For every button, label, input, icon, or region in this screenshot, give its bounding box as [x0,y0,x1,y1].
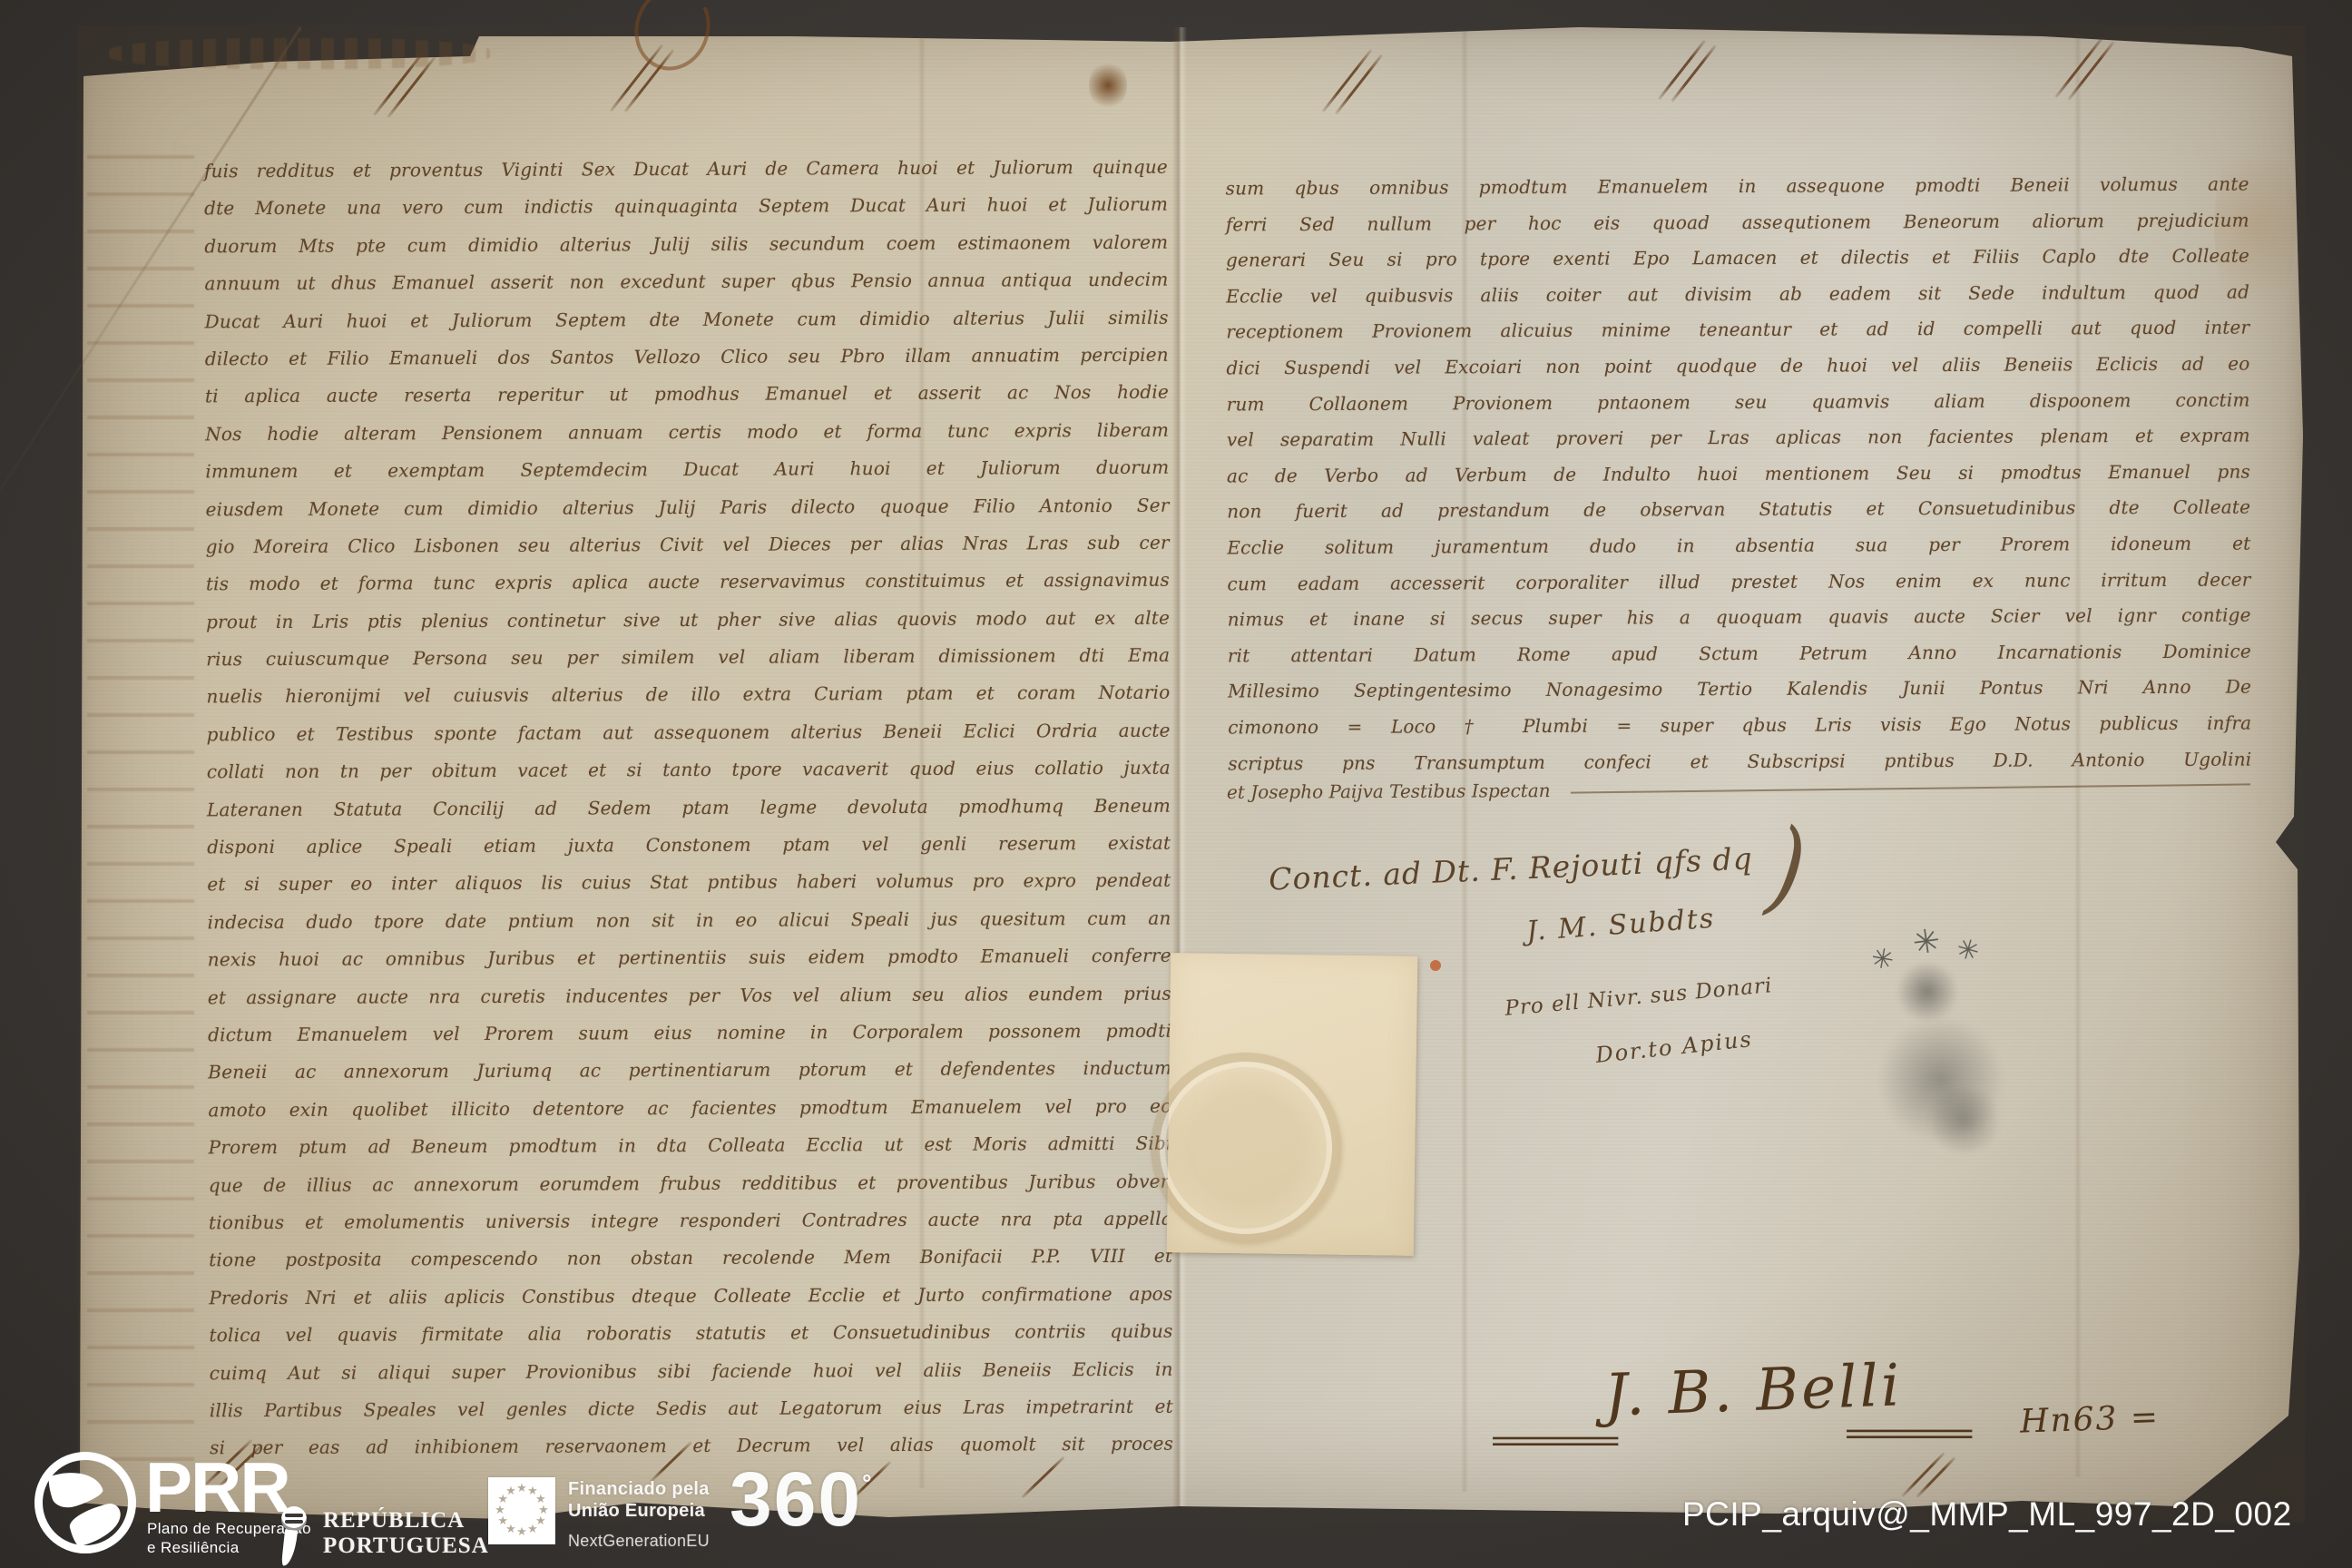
manuscript-line: Nos hodie alteram Pensionem annuam certi… [205,411,1169,453]
manuscript-line: dilecto et Filio Emanueli dos Santos Vel… [205,337,1169,378]
manuscript-line: et assignare aucte nra curetis inducente… [208,975,1171,1016]
manuscript-line: si per eas ad inhibionem reservaonem et … [210,1426,1173,1467]
manuscript-line: nexis huoi ac omnibus Juribus et pertine… [208,937,1171,979]
manuscript-line: eiusdem Monete cum dimidio alterius Juli… [205,486,1169,528]
manuscript-line: non fuerit ad prestandum de observan Sta… [1227,490,2250,531]
manuscript-photo-viewer: fuis redditus et proventus Viginti Sex D… [0,0,2352,1568]
manuscript-line: duorum Mts pte cum dimidio alterius Juli… [204,223,1168,265]
eu-star-icon: ★ [515,1526,528,1539]
manuscript-line: dictum Emanuelem vel Prorem suum eius no… [208,1013,1171,1054]
manuscript-line: amoto exin quolibet illicito detentore a… [208,1087,1171,1129]
eu-flag-icon: ★ ★ ★ ★ ★ ★ ★ ★ ★ ★ ★ ★ [488,1477,555,1544]
manuscript-line: Ecclie solitum juramentum dudo in absent… [1227,525,2250,566]
manuscript-line: scriptus pns Transumptum confeci et Subs… [1228,741,2251,782]
watermark-360-value: 360 [730,1456,862,1542]
manuscript-line: immunem et exemptam Septemdecim Ducat Au… [205,449,1169,491]
manuscript-line: annuum ut dhus Emanuel asserit non exced… [204,261,1168,303]
manuscript-line: dici Suspendi vel Excoiari non point quo… [1226,347,2249,387]
manuscript-line: tione postposita compescendo non obstan … [209,1238,1172,1279]
image-reference-code: PCIP_arquiv@_MMP_ML_997_2D_002 [1682,1495,2292,1534]
manuscript-line: ti aplica aucte reserta reperitur ut pmo… [205,374,1169,416]
manuscript-line: que de illius ac annexorum eorumdem frub… [209,1162,1172,1204]
eu-star-icon: ★ [505,1485,517,1498]
ink-star-icon: ✳ [1910,922,1943,963]
eu-star-icon: ★ [526,1524,539,1536]
manuscript-line: ferri Sed nullum per hoc eis quoad asseq… [1226,202,2249,243]
manuscript-line: nimus et inane si secus super his a quoq… [1228,598,2251,639]
degree-symbol: ° [862,1469,873,1496]
manuscript-line: indecisa dudo tpore date pntium non sit … [207,899,1171,941]
manuscript-line: cimonono = Loco † Plumbi = super qbus Lr… [1228,705,2251,746]
manuscript-left-page: fuis redditus et proventus Viginti Sex D… [204,149,1173,1467]
embossed-seal-icon [1151,1053,1341,1243]
prr-globe-swoosh [66,1502,125,1548]
manuscript-line: ac de Verbo ad Verbum de Indulto huoi me… [1227,454,2250,495]
manuscript-line: prout in Lris ptis plenius continetur si… [206,599,1170,641]
armillary-emblem-icon [278,1506,310,1566]
manuscript-line: tolica vel quavis firmitate alia roborat… [209,1313,1172,1355]
manuscript-right-page: sum qbus omnibus pmodtum Emanuelem in as… [1226,167,2252,782]
manuscript-line: collati non tn per obitum vacet et si ta… [207,750,1171,791]
watermark-360: 360° [730,1455,874,1543]
manuscript-line: Lateranen Statuta Concilij ad Sedem ptam… [207,787,1171,828]
manuscript-line: et si super eo inter aliquos lis cuius S… [207,862,1171,904]
manuscript-line: receptionem Provionem alicuius minime te… [1226,310,2249,351]
republica-text: REPÚBLICA [323,1508,465,1534]
signature-flourish-dash: = [1826,1416,1994,1452]
eu-funding-text-line3: NextGenerationEU [568,1532,710,1551]
manuscript-line: nuelis hieronijmi vel cuiusvis alterius … [206,674,1170,716]
manuscript-line: illis Partibus Speales vel genles dicte … [210,1388,1173,1430]
manuscript-line: publico et Testibus sponte factam aut as… [207,712,1171,754]
manuscript-line: Predoris Nri et aliis aplicis Constibus … [209,1275,1172,1317]
manuscript-line: rum Collaonem Provionem pntaonem seu qua… [1227,382,2250,423]
armillary-sphere [281,1506,307,1532]
prr-globe-icon [34,1452,136,1553]
manuscript-line: rius cuiuscumque Persona seu per similem… [206,637,1170,679]
manuscript-line: Millesimo Septingentesimo Nonagesimo Ter… [1228,670,2251,710]
republica-portuguesa-logo: REPÚBLICA PORTUGUESA [278,1506,514,1568]
manuscript-line: cum eadam accesserit corporaliter illud … [1227,562,2250,603]
manuscript-line: fuis redditus et proventus Viginti Sex D… [204,149,1168,191]
prr-globe-swoosh [45,1462,105,1512]
manuscript-line: tis modo et forma tunc expris aplica auc… [206,562,1170,603]
eu-funding-text-line2: União Europeia [568,1501,705,1522]
manuscript-line: generari Seu si pro tpore exenti Epo Lam… [1226,239,2249,279]
manuscript-line: tionibus et emolumentis universis integr… [209,1200,1172,1242]
emblem-ribbon [281,1529,298,1566]
manuscript-line: disponi aplice Speali etiam juxta Consto… [207,825,1171,867]
manuscript-line: vel separatim Nulli valeat proveri per L… [1227,418,2250,459]
eu-star-icon: ★ [494,1504,506,1517]
portuguesa-text: PORTUGUESA [323,1534,489,1559]
manuscript-line: Beneii ac annexorum Juriumq ac pertinent… [208,1050,1171,1092]
manuscript-line: Ducat Auri huoi et Juliorum Septem dte M… [205,299,1169,340]
ink-rule [1571,783,2250,793]
manuscript-line: gio Moreira Clico Lisbonen seu alterius … [206,524,1170,566]
prr-acronym: PRR [145,1446,289,1529]
manuscript-line: rit attentari Datum Rome apud Sctum Petr… [1228,633,2251,674]
eu-funding-text-line1: Financiado pela [568,1479,710,1500]
eu-star-icon: ★ [496,1515,509,1528]
manuscript-line: Prorem ptum ad Beneum pmodtum in dta Col… [209,1125,1172,1167]
manuscript-line: cuimq Aut si aliqui super Provionibus si… [210,1350,1173,1392]
manuscript-line: dte Monete una vero cum indictis quinqua… [204,186,1168,228]
closing-line-text: et Josepho Paijva Testibus Ispectan [1227,779,1551,803]
manuscript-line: Ecclie vel quibusvis aliis coiter aut di… [1226,274,2249,315]
manuscript-line: sum qbus omnibus pmodtum Emanuelem in as… [1226,167,2249,208]
archival-mark: Hn63 = [2019,1398,2160,1440]
